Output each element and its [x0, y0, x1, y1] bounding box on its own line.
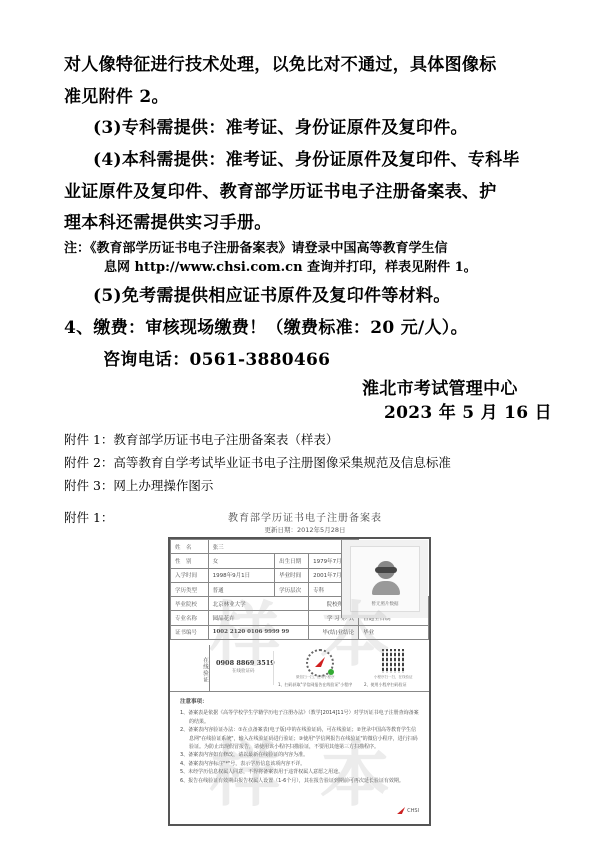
- verify-label: 在线验证: [170, 645, 210, 691]
- field-value: 1998年9月1日: [208, 568, 274, 582]
- field-value: 1002 2120 0106 9999 99: [208, 625, 308, 639]
- issuing-org: 淮北市考试管理中心: [362, 374, 518, 399]
- field-label: 性 别: [171, 554, 209, 568]
- note-item: 2、备案表内容验证办法：①在点备案表(电子版)中的在线验证码，可在线验证；②登录…: [180, 726, 420, 751]
- step1-caption: 微信扫一扫，使用小程序: [296, 675, 335, 680]
- footnote: 注：《教育部学历证书电子注册备案表》请登录中国高等教育学生信: [64, 237, 448, 256]
- field-label: 姓 名: [171, 540, 209, 554]
- attachment-item: 附件 3：网上办理操作图示: [64, 476, 213, 494]
- requirement-item-4: (4)本科需提供：准考证、身份证原件及复印件、专科毕: [93, 145, 520, 170]
- note-item: 5、未经学历信息权属人同意，不得将备案表用于违背权属人意愿之用途。: [180, 768, 420, 776]
- photo-caption: 暂无照片数据: [351, 601, 419, 607]
- contact-phone: 咨询电话：0561-3880466: [103, 345, 330, 370]
- attachment-item: 附件 1：教育部学历证书电子注册备案表（样表）: [64, 430, 338, 448]
- field-value: 张三: [208, 540, 358, 554]
- chsi-bird-icon: [397, 807, 405, 814]
- avatar-visor: [375, 567, 397, 573]
- issue-date: 2023 年 5 月 16 日: [384, 398, 552, 423]
- requirement-item-5: (5)免考需提供相应证书原件及复印件等材料。: [93, 281, 451, 306]
- step1-text: 1、扫码获取"学信网报告在线验证"小程序: [278, 682, 352, 688]
- note-item: 6、报告在线验证有效期由报告权属人设置（1-6个月），其在报告验证到期前可再次延…: [180, 777, 420, 785]
- note-item: 3、备案表内容如有修改，请以最新在线验证的内容为准。: [180, 751, 420, 759]
- divider: [273, 651, 274, 685]
- avatar-body: [372, 581, 400, 595]
- note-item: 4、备案表内容标注"*"号，表示学历信息该项内容不详。: [180, 760, 420, 768]
- field-label: 毕业院校: [171, 597, 209, 611]
- step2-text: 2、使用小程序扫码验证: [364, 682, 407, 688]
- field-label: 出生日期: [275, 554, 309, 568]
- verify-code-caption: 在线验证码: [232, 668, 255, 674]
- field-value: 普通: [208, 582, 274, 596]
- field-label: 证书编号: [171, 625, 209, 639]
- field-label: 毕业时间: [275, 568, 309, 582]
- paragraph-line: 对人像特征进行技术处理，以免比对不通过，具体图像标: [64, 50, 497, 75]
- sample-form-title: 教育部学历证书电子注册备案表: [150, 509, 460, 524]
- field-value: 北京林业大学: [208, 597, 308, 611]
- notes-header: 注意事项：: [180, 698, 420, 706]
- sample-form-updated-date: 更新日期：2012年5月28日: [150, 525, 460, 534]
- requirement-item-3: (3)专科需提供：准考证、身份证原件及复印件。: [93, 113, 468, 138]
- section-fee: 4、缴费：审核现场缴费！（缴费标准：20 元/人）。: [64, 313, 468, 338]
- paragraph-line: 准见附件 2。: [64, 82, 169, 107]
- paragraph-line: 业证原件及复印件、教育部学历证书电子注册备案表、护: [64, 177, 497, 202]
- sample-form: 姓 名 张三 性 别 女 出生日期 1979年7月10日 入学时间 1998年9…: [168, 537, 431, 826]
- field-label: 毕(结)业结论: [309, 625, 359, 639]
- attachment-item: 附件 2：高等教育自学考试毕业证书电子注册图像采集规范及信息标准: [64, 453, 451, 471]
- field-label: 入学时间: [171, 568, 209, 582]
- footnote: 息网 http://www.chsi.com.cn 查询并打印，样表见附件 1。: [104, 256, 477, 275]
- step2-caption: 小程序扫一扫，在线验证: [374, 675, 413, 680]
- field-value: 园品花卉: [208, 611, 308, 625]
- paragraph-line: 理本科还需提供实习手册。: [64, 208, 272, 233]
- note-item: 1、备案表是依据《高等学校学生学籍学历电子注册办法》（教学[2014]11号）对…: [180, 709, 420, 726]
- miniprogram-code-icon: [306, 649, 334, 677]
- online-verification: 在线验证 0908 8869 3519 在线验证码 微信扫一扫，使用小程序 1、…: [170, 645, 429, 692]
- photo-placeholder: 暂无照片数据: [341, 540, 428, 618]
- chsi-logo: CHSI: [397, 807, 419, 814]
- field-value: 毕业: [359, 625, 429, 639]
- field-label: 学历层次: [275, 582, 309, 596]
- field-label: 学历类型: [171, 582, 209, 596]
- qr-code-icon: [382, 649, 406, 673]
- chsi-brand: CHSI: [407, 808, 419, 814]
- verify-code: 0908 8869 3519: [216, 659, 275, 667]
- notes-section: 注意事项： 1、备案表是依据《高等学校学生学籍学历电子注册办法》（教学[2014…: [180, 698, 420, 785]
- field-label: 专业名称: [171, 611, 209, 625]
- field-value: 女: [208, 554, 274, 568]
- appendix-label: 附件 1：: [64, 508, 113, 526]
